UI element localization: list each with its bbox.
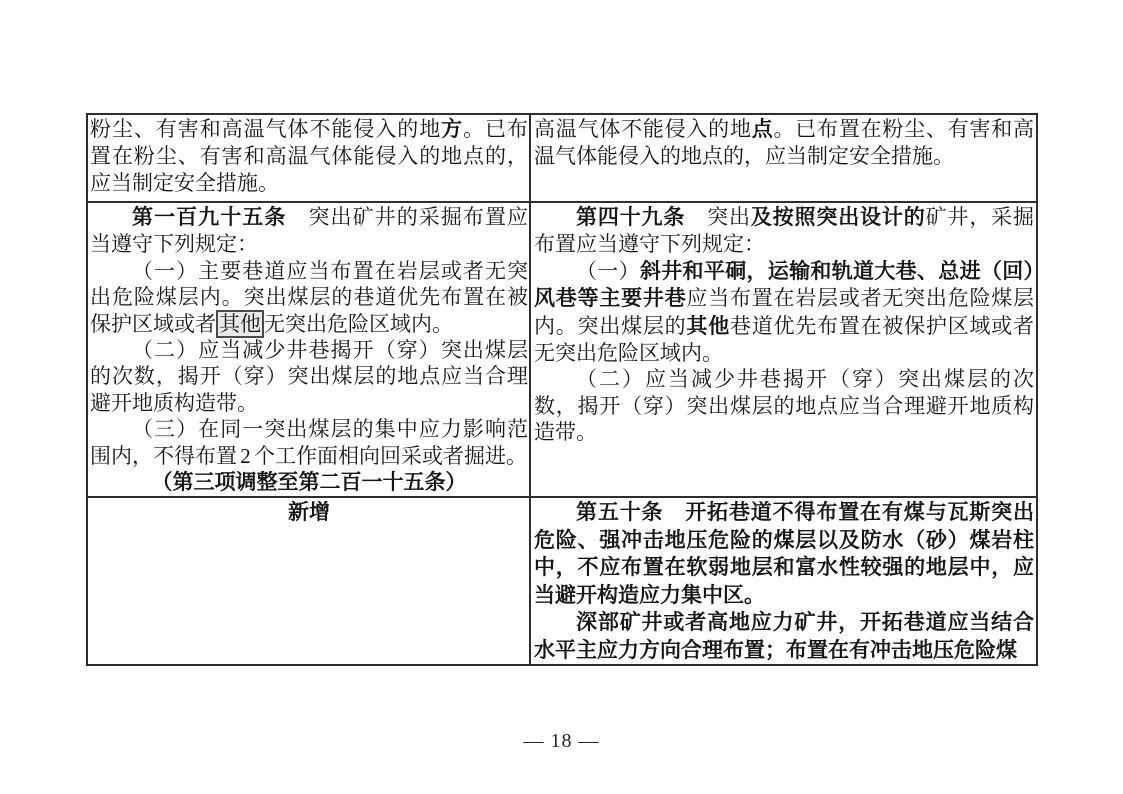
- paragraph: （二）应当减少井巷揭开（穿）突出煤层的次数，揭开（穿）突出煤层的地点应当合理避开…: [90, 337, 528, 416]
- text-run: 第一百九十五条: [132, 206, 286, 229]
- paragraph: （三）在同一突出煤层的集中应力影响范围内，不得布置 2 个工作面相向回采或者掘进…: [90, 416, 528, 469]
- text-run: 深部矿井或者高地应力矿井，开拓巷道应当结合水平主应力方向合理布置；布置在有冲击地…: [534, 611, 1034, 661]
- text-run: 粉尘、有害和高温气体不能侵入的地: [90, 117, 441, 141]
- document-page: 粉尘、有害和高温气体不能侵入的地方。已布置在粉尘、有害和高温气体能侵入的地点的，…: [0, 0, 1123, 794]
- text-run: （二）应当减少井巷揭开（穿）突出煤层的次数，揭开（穿）突出煤层的地点应当合理避开…: [90, 338, 528, 415]
- cell-row2-left: 第一百九十五条 突出矿井的采掘布置应当遵守下列规定： （一）主要巷道应当布置在岩…: [87, 202, 530, 497]
- table-row: 粉尘、有害和高温气体不能侵入的地方。已布置在粉尘、有害和高温气体能侵入的地点的，…: [87, 114, 1037, 202]
- comparison-table: 粉尘、有害和高温气体不能侵入的地方。已布置在粉尘、有害和高温气体能侵入的地点的，…: [86, 113, 1038, 666]
- text-run: （二）应当减少井巷揭开（穿）突出煤层的次数，揭开（穿）突出煤层的地点应当合理避开…: [534, 367, 1034, 444]
- paragraph-adjust-note: （第三项调整至第二百一十五条）: [90, 469, 528, 496]
- cell-row1-left: 粉尘、有害和高温气体不能侵入的地方。已布置在粉尘、有害和高温气体能侵入的地点的，…: [87, 114, 530, 202]
- paragraph-article-195: 第一百九十五条 突出矿井的采掘布置应当遵守下列规定：: [90, 204, 528, 258]
- text-run: 突出: [685, 205, 751, 229]
- paragraph: （二）应当减少井巷揭开（穿）突出煤层的次数，揭开（穿）突出煤层的地点应当合理避开…: [534, 366, 1034, 445]
- text-run: 点: [752, 118, 774, 141]
- text-run: （三）在同一突出煤层的集中应力影响范围内，不得布置 2 个工作面相向回采或者掘进…: [90, 417, 528, 467]
- text-run: 方: [441, 118, 463, 141]
- text-run: 第四十九条: [576, 206, 685, 229]
- page-number: — 18 —: [0, 730, 1123, 753]
- paragraph: 深部矿井或者高地应力矿井，开拓巷道应当结合水平主应力方向合理布置；布置在有冲击地…: [534, 609, 1034, 664]
- text-run: 新增: [288, 501, 330, 524]
- text-run: 及按照突出设计的: [751, 206, 926, 229]
- table-row: 第一百九十五条 突出矿井的采掘布置应当遵守下列规定： （一）主要巷道应当布置在岩…: [87, 202, 1037, 497]
- cell-row3-right: 第五十条 开拓巷道不得布置在有煤与瓦斯突出危险、强冲击地压危险的煤层以及防水（砂…: [530, 497, 1037, 664]
- boxed-text-annotation: 其他: [216, 310, 264, 338]
- table-row: 新增 第五十条 开拓巷道不得布置在有煤与瓦斯突出危险、强冲击地压危险的煤层以及防…: [87, 497, 1037, 664]
- text-run: （第三项调整至第二百一十五条）: [152, 471, 467, 494]
- text-run: （一）: [576, 259, 640, 283]
- cell-row3-left: 新增: [87, 497, 530, 664]
- paragraph: （一）斜井和平硐，运输和轨道大巷、总进（回）风巷等主要井巷应当布置在岩层或者无突…: [534, 258, 1034, 367]
- paragraph: 高温气体不能侵入的地点。已布置在粉尘、有害和高温气体能侵入的地点的，应当制定安全…: [534, 116, 1034, 170]
- paragraph: （一）主要巷道应当布置在岩层或者无突出危险煤层内。突出煤层的巷道优先布置在被保护…: [90, 258, 528, 337]
- text-run: 高温气体不能侵入的地: [534, 117, 752, 141]
- cell-row1-right: 高温气体不能侵入的地点。已布置在粉尘、有害和高温气体能侵入的地点的，应当制定安全…: [530, 114, 1037, 202]
- paragraph-article-50: 第五十条 开拓巷道不得布置在有煤与瓦斯突出危险、强冲击地压危险的煤层以及防水（砂…: [534, 499, 1034, 609]
- text-run: 无突出危险区域内。: [264, 312, 453, 336]
- paragraph: 粉尘、有害和高温气体不能侵入的地方。已布置在粉尘、有害和高温气体能侵入的地点的，…: [90, 116, 528, 196]
- text-run: 其他: [686, 315, 730, 338]
- cell-row2-right: 第四十九条 突出及按照突出设计的矿井，采掘布置应当遵守下列规定： （一）斜井和平…: [530, 202, 1037, 497]
- text-run: 第五十条 开拓巷道不得布置在有煤与瓦斯突出危险、强冲击地压危险的煤层以及防水（砂…: [534, 501, 1034, 606]
- paragraph-article-49: 第四十九条 突出及按照突出设计的矿井，采掘布置应当遵守下列规定：: [534, 204, 1034, 258]
- paragraph-new-added-label: 新增: [90, 499, 528, 526]
